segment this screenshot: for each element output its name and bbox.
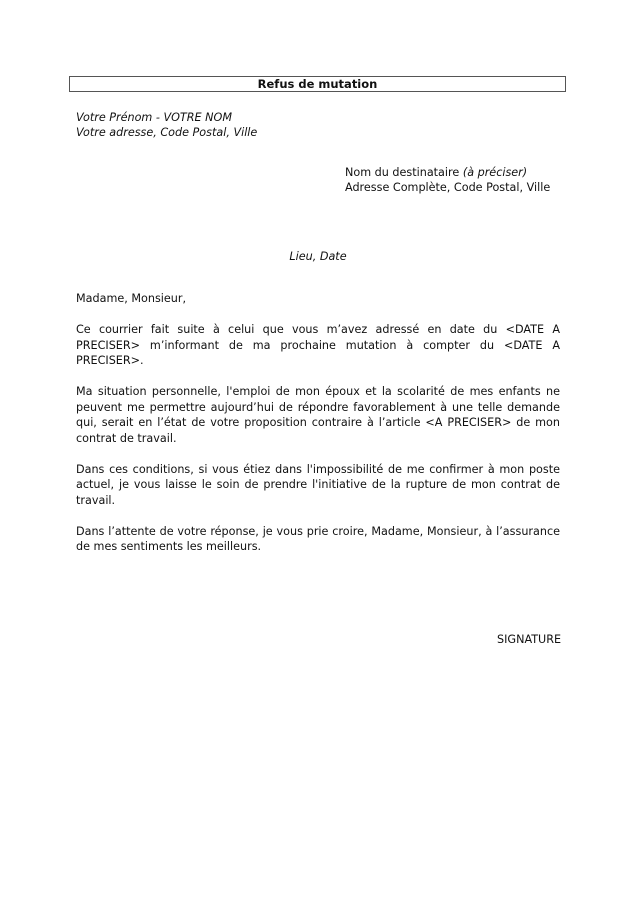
- paragraph-4: Dans l’attente de votre réponse, je vous…: [76, 524, 560, 555]
- recipient-address: Adresse Complète, Code Postal, Ville: [345, 180, 550, 195]
- paragraph-1: Ce courrier fait suite à celui que vous …: [76, 322, 560, 369]
- paragraph-3: Dans ces conditions, si vous étiez dans …: [76, 462, 560, 509]
- document-title: Refus de mutation: [69, 76, 566, 92]
- recipient-name-note: (à préciser): [463, 166, 527, 179]
- recipient-block: Nom du destinataire (à préciser) Adresse…: [345, 165, 550, 195]
- sender-name: Votre Prénom - VOTRE NOM: [76, 110, 257, 125]
- recipient-name: Nom du destinataire: [345, 166, 463, 179]
- paragraph-2: Ma situation personnelle, l'emploi de mo…: [76, 384, 560, 446]
- signature: SIGNATURE: [497, 633, 561, 646]
- sender-block: Votre Prénom - VOTRE NOM Votre adresse, …: [76, 110, 257, 140]
- place-date: Lieu, Date: [0, 250, 636, 263]
- letter-body: Madame, Monsieur, Ce courrier fait suite…: [76, 291, 560, 570]
- salutation: Madame, Monsieur,: [76, 291, 560, 307]
- recipient-name-line: Nom du destinataire (à préciser): [345, 165, 550, 180]
- sender-address: Votre adresse, Code Postal, Ville: [76, 125, 257, 140]
